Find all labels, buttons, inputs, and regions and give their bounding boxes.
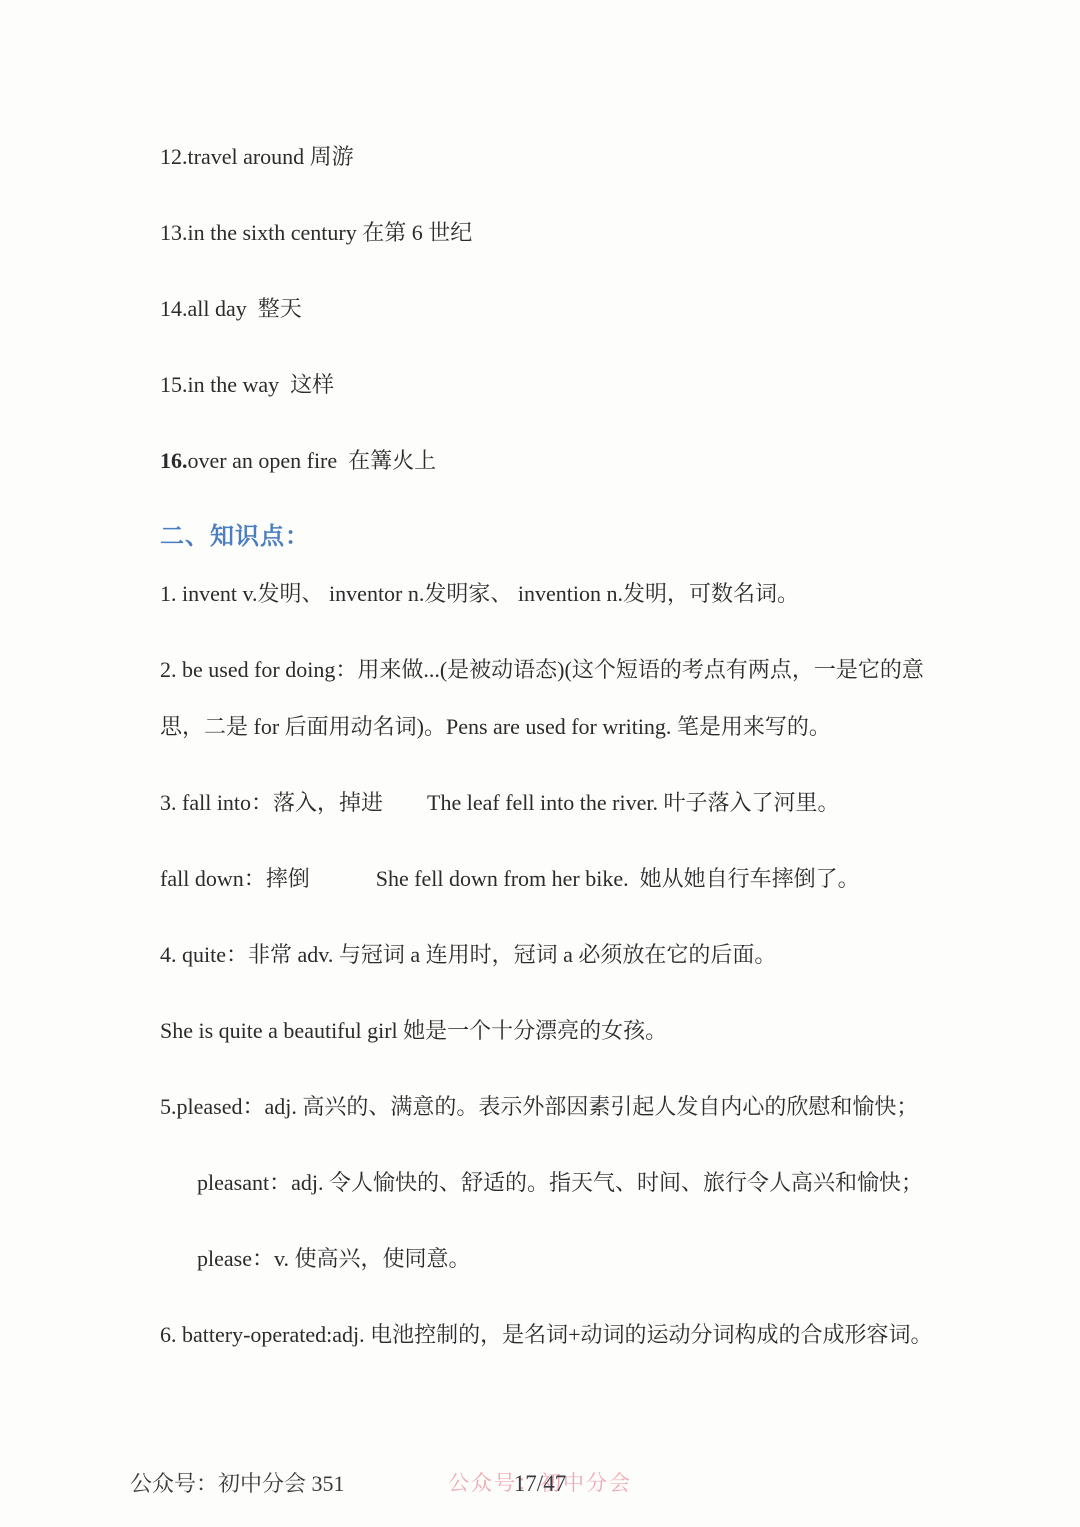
footer-account-label: 公众号：初中分会 351 bbox=[130, 1455, 345, 1512]
knowledge-item-5-please: please：v. 使高兴，使同意。 bbox=[160, 1230, 990, 1287]
document-page: 12.travel around 周游 13.in the sixth cent… bbox=[0, 0, 1080, 1527]
knowledge-item-5-pleasant: pleasant：adj. 令人愉快的、舒适的。指天气、时间、旅行令人高兴和愉快… bbox=[160, 1154, 990, 1211]
phrase-text: in the sixth century 在第 6 世纪 bbox=[188, 220, 473, 245]
knowledge-item-4-quite: 4. quite：非常 adv. 与冠词 a 连用时，冠词 a 必须放在它的后面… bbox=[160, 926, 990, 983]
knowledge-item-1: 1. invent v.发明、 inventor n.发明家、 inventio… bbox=[160, 565, 990, 622]
phrase-number: 16. bbox=[160, 448, 188, 473]
phrase-item-14: 14.all day 整天 bbox=[160, 280, 990, 337]
phrase-item-16: 16.over an open fire 在篝火上 bbox=[160, 432, 990, 489]
phrase-number: 12. bbox=[160, 144, 188, 169]
phrase-number: 15. bbox=[160, 372, 188, 397]
phrase-item-13: 13.in the sixth century 在第 6 世纪 bbox=[160, 204, 990, 261]
phrase-number: 14. bbox=[160, 296, 188, 321]
phrase-item-12: 12.travel around 周游 bbox=[160, 128, 990, 185]
phrase-text: in the way 这样 bbox=[188, 372, 335, 397]
knowledge-item-5-pleased: 5.pleased：adj. 高兴的、满意的。表示外部因素引起人发自内心的欣慰和… bbox=[160, 1078, 990, 1135]
knowledge-item-2-line-1: 2. be used for doing：用来做...(是被动语态)(这个短语的… bbox=[160, 641, 990, 698]
knowledge-item-6-battery-operated: 6. battery-operated:adj. 电池控制的，是名词+动词的运动… bbox=[160, 1306, 990, 1363]
page-footer: 公众号：初中分会 351 公众号：初中分会 17/47 bbox=[0, 1455, 1080, 1515]
section-heading-knowledge-points: 二、知识点： bbox=[160, 508, 990, 565]
page-number: 17/47 bbox=[514, 1455, 566, 1512]
phrase-item-15: 15.in the way 这样 bbox=[160, 356, 990, 413]
phrase-text: all day 整天 bbox=[188, 296, 302, 321]
knowledge-item-4-example: She is quite a beautiful girl 她是一个十分漂亮的女… bbox=[160, 1002, 990, 1059]
knowledge-item-3-fall-down: fall down：摔倒 She fell down from her bike… bbox=[160, 850, 990, 907]
phrase-text: travel around 周游 bbox=[188, 144, 354, 169]
phrase-number: 13. bbox=[160, 220, 188, 245]
knowledge-item-2-line-2: 思，二是 for 后面用动名词)。Pens are used for writi… bbox=[160, 698, 990, 755]
knowledge-item-3-fall-into: 3. fall into：落入，掉进 The leaf fell into th… bbox=[160, 774, 990, 831]
page-content: 12.travel around 周游 13.in the sixth cent… bbox=[160, 0, 990, 1382]
phrase-text: over an open fire 在篝火上 bbox=[188, 448, 437, 473]
